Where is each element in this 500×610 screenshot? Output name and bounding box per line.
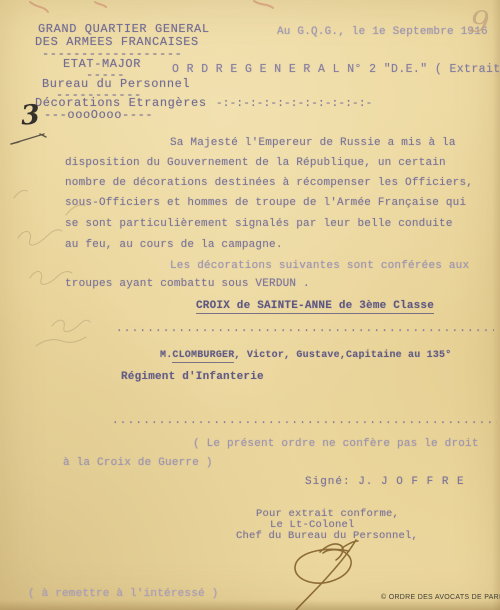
dotted-separator: ........................................…	[116, 323, 494, 335]
dotted-separator: ........................................…	[112, 415, 497, 427]
recipient-line: M.CLOMBURGER, Victor, Gustave,Capitaine …	[160, 350, 451, 361]
body-line: se sont particulièrement signalés par le…	[65, 218, 453, 230]
decoration-title: CROIX de SAINTE-ANNE de 3ème Classe	[196, 300, 434, 314]
handwritten-corner-number: 9	[468, 4, 491, 41]
letterhead-divider-4: ---oooOooo----	[44, 108, 153, 122]
body-line: sous-Officiers et hommes de troupe de l'…	[65, 197, 466, 209]
recipient-prefix: M.	[160, 350, 172, 361]
title-separator: -:-:-:-:-:-:-:-:-:-:-:-	[216, 98, 372, 110]
body-line: Sa Majesté l'Empereur de Russie a mis à …	[170, 137, 456, 149]
note-line: ( Le présent ordre ne confère pas le dro…	[193, 438, 479, 450]
recipient-regiment: Régiment d'Infanterie	[121, 371, 264, 383]
note-line: à la Croix de Guerre )	[63, 457, 213, 469]
body-line: nombre de décorations destinées à récomp…	[65, 177, 473, 189]
body-line: disposition du Gouvernement de la Républ…	[65, 157, 446, 169]
body-line: au feu, au cours de la campagne.	[65, 239, 283, 251]
copyright-stamp: © ORDRE DES AVOCATS DE PARIS	[381, 594, 500, 601]
recipient-surname: CLOMBURGER	[172, 350, 234, 363]
margin-tick-mark	[11, 134, 46, 144]
order-title: O R D R E G E N E R A L N° 2 "D.E." ( Ex…	[172, 63, 500, 76]
letterhead-line-1: GRAND QUARTIER GENERAL	[38, 22, 210, 36]
signature-stroke	[295, 540, 358, 610]
bottom-note: ( à remettre à l'intéressé )	[28, 588, 218, 600]
recipient-details: , Victor, Gustave,Capitaine au 135°	[234, 350, 451, 361]
signed-line: Signé: J. J O F F R E	[305, 476, 465, 488]
scanned-document-page: GRAND QUARTIER GENERAL DES ARMEES FRANCA…	[0, 0, 500, 610]
pencil-annotation	[14, 190, 90, 346]
closing-line: Chef du Bureau du Personnel,	[236, 530, 418, 542]
red-crayon-mark	[30, 1, 273, 12]
body-line: Les décorations suivantes sont conférées…	[170, 260, 469, 272]
handwritten-margin-number: 3	[20, 99, 41, 131]
body-line: troupes ayant combattu sous VERDUN .	[65, 278, 310, 290]
dateline: Au G.Q.G., le 1e Septembre 1916	[277, 26, 488, 38]
